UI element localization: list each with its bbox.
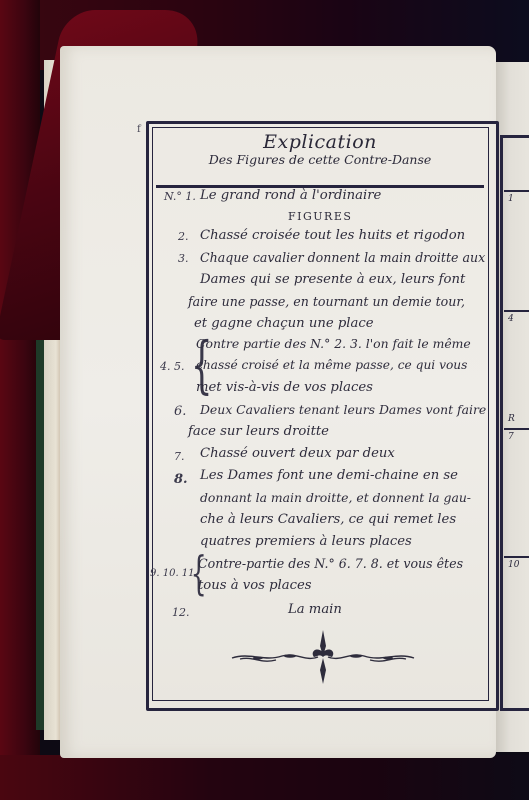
entry-line: chassé croisé et la même passe, ce qui v… [196, 358, 467, 372]
entry-line: Chaque cavalier donnent la main droitte … [200, 250, 485, 265]
facing-cell: 4 [504, 310, 529, 326]
velvet-cloth-left [0, 0, 40, 800]
facing-cell: 7 [504, 428, 529, 444]
entry-line: Dames qui se presente à eux, leurs font [200, 272, 465, 287]
entry-line: Deux Cavaliers tenant leurs Dames vont f… [200, 402, 486, 417]
facing-cell: 10 [504, 556, 529, 572]
fleuron-ornament-icon [230, 626, 416, 688]
facing-cell: R [504, 412, 529, 426]
entry-line: Le grand rond à l'ordinaire [200, 188, 381, 203]
entry-line: che à leurs Cavaliers, ce qui remet les [200, 512, 456, 527]
entry-number: N.° 1. [164, 190, 196, 203]
margin-mark: f [137, 124, 141, 135]
velvet-cloth-bottom [0, 755, 529, 800]
entry-line: quatres premiers à leurs places [200, 534, 412, 549]
entry-line: et gagne chaçun une place [194, 316, 374, 331]
entry-line: Chassé ouvert deux par deux [200, 446, 395, 461]
facing-cell-number: 10 [508, 560, 519, 570]
facing-cell: 1 [504, 190, 529, 206]
entry-number: 2. [178, 230, 189, 243]
entry-number: 12. [172, 606, 190, 619]
section-heading: FIGURES [288, 210, 352, 223]
entry-number: 4. 5. [160, 360, 185, 373]
entry-number: 3. [178, 252, 189, 265]
entry-number: 7. [174, 450, 185, 463]
entry-line: faire une passe, en tournant un demie to… [188, 294, 465, 309]
page-subtitle: Des Figures de cette Contre-Danse [156, 152, 484, 167]
entry-line: Contre partie des N.° 2. 3. l'on fait le… [196, 336, 471, 351]
entry-line: Contre-partie des N.° 6. 7. 8. et vous ê… [198, 556, 463, 571]
entry-number: 8. [174, 472, 188, 487]
entry-line: met vis-à-vis de vos places [196, 380, 373, 395]
facing-cell-number: 1 [508, 194, 514, 204]
entry-line: Chassé croisée tout les huits et rigodon [200, 228, 465, 243]
title-box: Explication Des Figures de cette Contre-… [156, 131, 484, 188]
entry-number: 6. [174, 404, 186, 419]
entry-line: tous à vos places [198, 578, 312, 593]
entry-line: Les Dames font une demi-chaine en se [200, 468, 458, 483]
entry-line: donnant la main droitte, et donnent la g… [200, 490, 471, 505]
entry-line: face sur leurs droitte [188, 424, 329, 439]
facing-cell-number: R [508, 414, 515, 424]
facing-cell-number: 7 [508, 432, 514, 442]
facing-cell-number: 4 [508, 314, 514, 324]
entry-line: La main [288, 602, 342, 617]
page-title: Explication [156, 131, 484, 153]
